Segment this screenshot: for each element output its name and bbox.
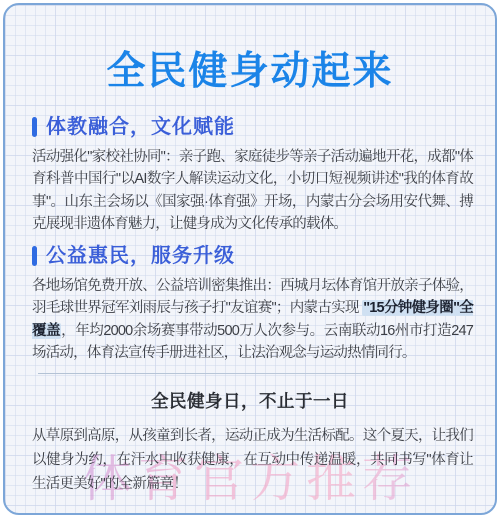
section-service: 公益惠民，服务升级 各地场馆免费开放、公益培训密集推出：西城月坛体育馆开放亲子体… (5, 244, 495, 365)
section-divider (38, 373, 463, 375)
section-heading-label: 公益惠民，服务升级 (46, 244, 235, 268)
heading-accent-bar-icon (32, 117, 37, 137)
section-culture: 体教融合，文化赋能 活动强化"家校社协同"：亲子跑、家庭徒步等亲子活动遍地开花，… (5, 115, 495, 236)
heading-accent-bar-icon (32, 246, 37, 266)
section-heading: 体教融合，文化赋能 (32, 115, 471, 139)
page-title: 全民健身动起来 (5, 50, 495, 95)
conclusion-body: 从草原到高原，从孩童到长者，运动正成为生活标配。这个夏天，让我们以健身为约，在汗… (32, 424, 473, 496)
section-heading-label: 体教融合，文化赋能 (46, 115, 235, 139)
article-card: 全民健身动起来 体教融合，文化赋能 活动强化"家校社协同"：亲子跑、家庭徒步等亲… (3, 3, 497, 515)
section-body: 各地场馆免费开放、公益培训密集推出：西城月坛体育馆开放亲子体验，羽毛球世界冠军刘… (32, 275, 473, 365)
body-text-after: ，年均2000余场赛事带动500万人次参与。云南联动16州市打造247场活动，体… (32, 323, 473, 362)
section-conclusion: 全民健身日，不止于一日 从草原到高原，从孩童到长者，运动正成为生活标配。这个夏天… (5, 390, 495, 496)
section-heading: 公益惠民，服务升级 (32, 244, 471, 268)
conclusion-heading: 全民健身日，不止于一日 (29, 390, 471, 412)
section-body: 活动强化"家校社协同"：亲子跑、家庭徒步等亲子活动遍地开花，成都"体育科普中国行… (32, 146, 473, 236)
